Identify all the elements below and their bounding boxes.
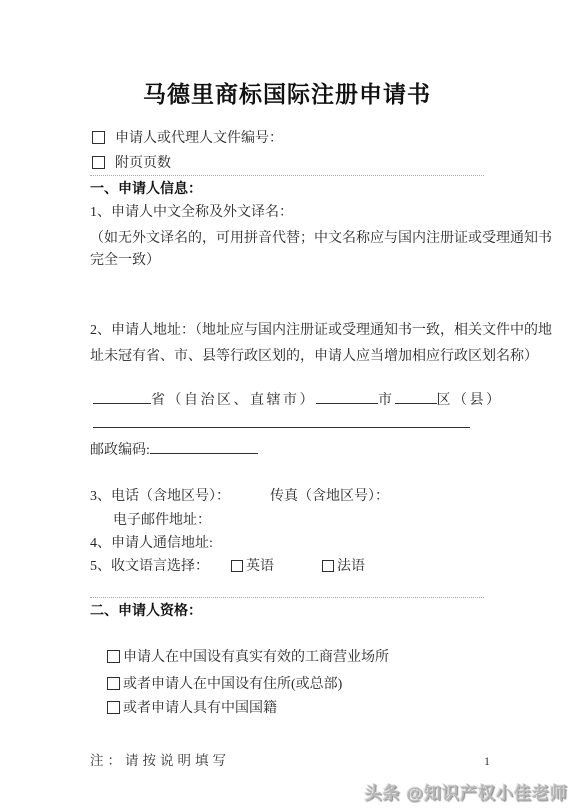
- footer-note: 注：请按说明填写: [90, 753, 230, 769]
- region-fill-row: 省（自治区、直辖市）市区（县）: [93, 390, 503, 409]
- province-suffix-label: 省（自治区、直辖市）: [151, 393, 316, 408]
- applicant-name-label: 1、申请人中文全称及外文译名：: [90, 205, 293, 221]
- file-number-checkbox[interactable]: [92, 131, 105, 144]
- english-checkbox[interactable]: [231, 560, 243, 572]
- postal-code-label: 邮政编码:: [90, 443, 150, 458]
- language-option-english[interactable]: 英语: [231, 559, 274, 574]
- fax-label: 传真（含地区号）：: [270, 489, 389, 505]
- nationality-label: 或者申请人具有中国国籍: [123, 701, 277, 716]
- district-suffix-label: 区（县）: [437, 393, 503, 408]
- postal-code-blank-field[interactable]: [150, 440, 258, 454]
- qualification-option-business: 申请人在中国设有真实有效的工商营业场所: [107, 650, 389, 666]
- phone-label: 3、电话（含地区号）：: [90, 489, 230, 505]
- applicant-address-line2: 址未冠有省、市、县等行政区划的，申请人应当增加相应行政区划名称）: [90, 349, 538, 365]
- language-choice-label: 5、收文语言选择：: [90, 559, 209, 574]
- section1-heading: 一、申请人信息：: [90, 182, 202, 198]
- domicile-label: 或者申请人在中国设有住所(或总部): [123, 677, 342, 692]
- applicant-name-note-line2: 完全一致）: [90, 253, 160, 269]
- attachment-pages-row: 附页页数: [92, 156, 171, 172]
- dotted-divider-top: [90, 175, 484, 176]
- nationality-checkbox[interactable]: [107, 701, 120, 714]
- district-blank-field[interactable]: [395, 390, 437, 404]
- section2-heading: 二、申请人资格：: [90, 604, 202, 620]
- business-place-label: 申请人在中国设有真实有效的工商营业场所: [123, 650, 389, 665]
- attachment-pages-checkbox[interactable]: [92, 156, 105, 169]
- city-suffix-label: 市: [378, 393, 395, 408]
- province-blank-field[interactable]: [93, 390, 151, 404]
- application-form-page: 马德里商标国际注册申请书 申请人或代理人文件编号： 附页页数 一、申请人信息： …: [0, 0, 574, 808]
- address-blank-field[interactable]: [93, 427, 470, 428]
- page-number: 1: [484, 753, 490, 769]
- applicant-name-note-line1: （如无外文译名的，可用拼音代替；中文名称应与国内注册证或受理通知书: [90, 231, 552, 247]
- city-blank-field[interactable]: [316, 390, 378, 404]
- page-title: 马德里商标国际注册申请书: [0, 76, 574, 109]
- business-place-checkbox[interactable]: [107, 650, 120, 663]
- qualification-option-domicile: 或者申请人在中国设有住所(或总部): [107, 677, 342, 693]
- email-label: 电子邮件地址：: [113, 513, 211, 529]
- toutiao-watermark: 头条 @知识产权小佳老师: [365, 779, 568, 804]
- postal-code-row: 邮政编码:: [90, 440, 258, 459]
- english-label: 英语: [246, 559, 274, 574]
- domicile-checkbox[interactable]: [107, 677, 120, 690]
- language-choice-row: 5、收文语言选择：英语法语: [90, 559, 365, 575]
- attachment-pages-label: 附页页数: [115, 156, 171, 171]
- applicant-address-line1: 2、申请人地址：（地址应与国内注册证或受理通知书一致，相关文件中的地: [90, 323, 552, 339]
- language-option-french[interactable]: 法语: [322, 559, 365, 574]
- french-checkbox[interactable]: [322, 560, 334, 572]
- dotted-divider-middle: [90, 597, 484, 598]
- qualification-option-nationality: 或者申请人具有中国国籍: [107, 701, 277, 717]
- file-number-label: 申请人或代理人文件编号：: [115, 131, 283, 146]
- french-label: 法语: [337, 559, 365, 574]
- mailing-address-label: 4、申请人通信地址:: [90, 536, 213, 552]
- file-number-row: 申请人或代理人文件编号：: [92, 131, 283, 147]
